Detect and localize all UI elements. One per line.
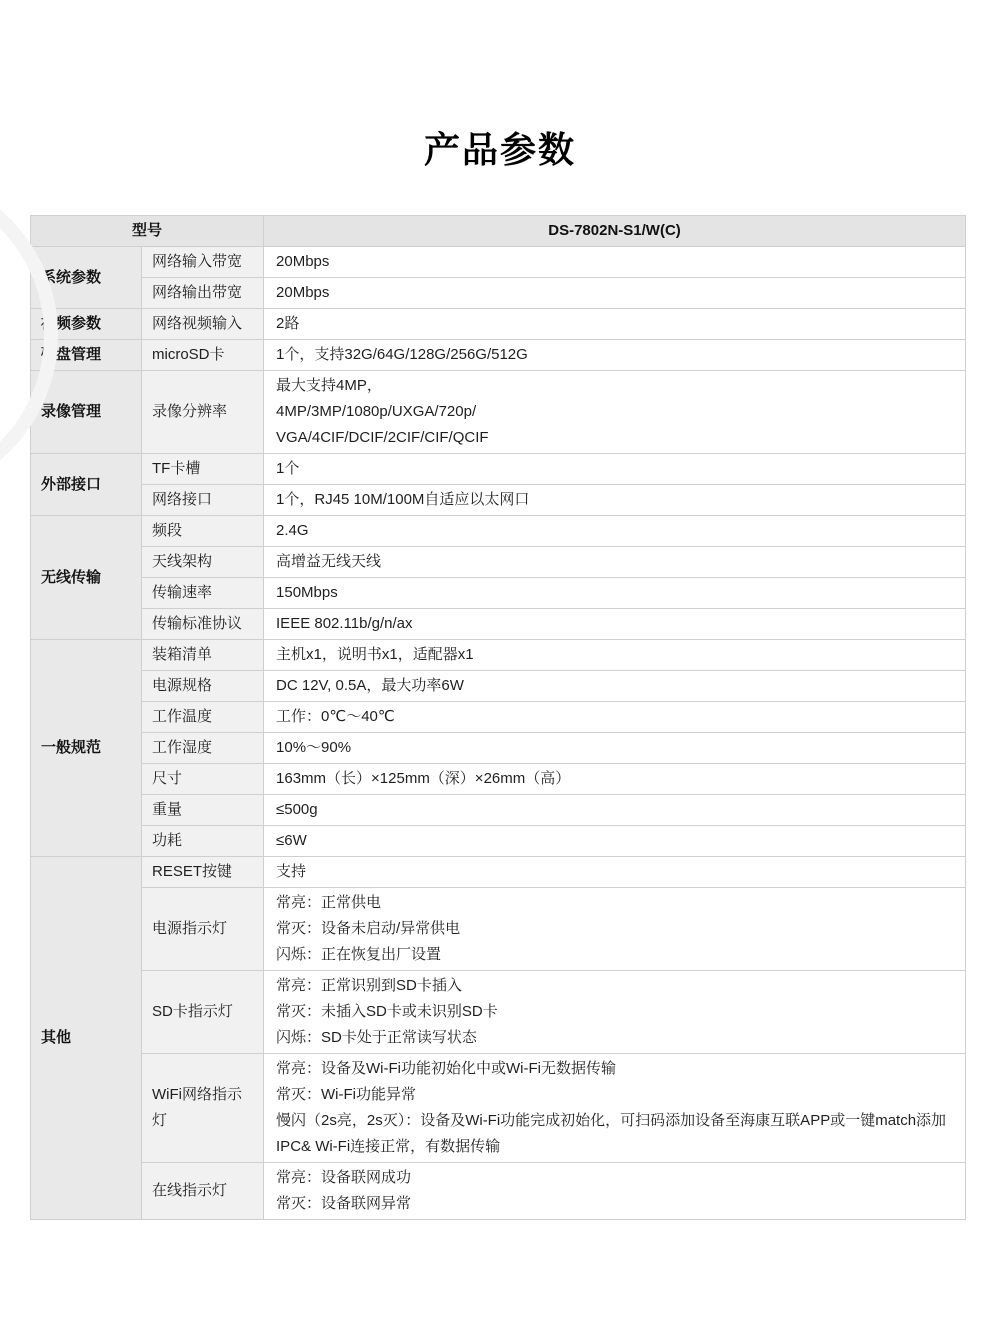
param-name-cell: 频段 bbox=[142, 516, 264, 547]
param-value-cell: 1个 bbox=[264, 454, 966, 485]
param-value-cell: 工作：0℃～40℃ bbox=[264, 702, 966, 733]
param-name-cell: 重量 bbox=[142, 795, 264, 826]
param-name-cell: 传输速率 bbox=[142, 578, 264, 609]
param-name-cell: 网络接口 bbox=[142, 485, 264, 516]
product-spec-table: 型号 DS-7802N-S1/W(C) 系统参数网络输入带宽20Mbps网络输出… bbox=[30, 215, 966, 1220]
param-name-cell: RESET按键 bbox=[142, 857, 264, 888]
table-row: 一般规范装箱清单主机x1，说明书x1，适配器x1 bbox=[31, 640, 966, 671]
param-value-cell: ≤6W bbox=[264, 826, 966, 857]
table-row: 重量≤500g bbox=[31, 795, 966, 826]
page-title: 产品参数 bbox=[0, 0, 1000, 170]
param-name-cell: 电源指示灯 bbox=[142, 888, 264, 971]
table-row: 硬盘管理microSD卡1个，支持32G/64G/128G/256G/512G bbox=[31, 340, 966, 371]
param-value-cell: 2路 bbox=[264, 309, 966, 340]
param-value-cell: 2.4G bbox=[264, 516, 966, 547]
category-cell: 外部接口 bbox=[31, 454, 142, 516]
table-row: 尺寸163mm（长）×125mm（深）×26mm（高） bbox=[31, 764, 966, 795]
table-row: 无线传输频段2.4G bbox=[31, 516, 966, 547]
param-name-cell: 功耗 bbox=[142, 826, 264, 857]
table-row: SD卡指示灯常亮：正常识别到SD卡插入 常灭：未插入SD卡或未识别SD卡 闪烁：… bbox=[31, 971, 966, 1054]
table-row: WiFi网络指示灯常亮：设备及Wi-Fi功能初始化中或Wi-Fi无数据传输 常灭… bbox=[31, 1054, 966, 1163]
param-value-cell: 支持 bbox=[264, 857, 966, 888]
param-value-cell: 常亮：设备及Wi-Fi功能初始化中或Wi-Fi无数据传输 常灭：Wi-Fi功能异… bbox=[264, 1054, 966, 1163]
table-row: 天线架构高增益无线天线 bbox=[31, 547, 966, 578]
param-value-cell: 1个，RJ45 10M/100M自适应以太网口 bbox=[264, 485, 966, 516]
param-name-cell: 网络输入带宽 bbox=[142, 247, 264, 278]
param-name-cell: 网络输出带宽 bbox=[142, 278, 264, 309]
param-name-cell: WiFi网络指示灯 bbox=[142, 1054, 264, 1163]
category-cell: 一般规范 bbox=[31, 640, 142, 857]
param-value-cell: 常亮：正常供电 常灭：设备未启动/异常供电 闪烁：正在恢复出厂设置 bbox=[264, 888, 966, 971]
param-value-cell: 最大支持4MP， 4MP/3MP/1080p/UXGA/720p/ VGA/4C… bbox=[264, 371, 966, 454]
param-name-cell: 装箱清单 bbox=[142, 640, 264, 671]
param-name-cell: 在线指示灯 bbox=[142, 1163, 264, 1220]
param-name-cell: microSD卡 bbox=[142, 340, 264, 371]
category-cell: 视频参数 bbox=[31, 309, 142, 340]
param-name-cell: 尺寸 bbox=[142, 764, 264, 795]
param-value-cell: IEEE 802.11b/g/n/ax bbox=[264, 609, 966, 640]
table-row: 视频参数网络视频输入2路 bbox=[31, 309, 966, 340]
table-header-row: 型号 DS-7802N-S1/W(C) bbox=[31, 216, 966, 247]
model-label-cell: 型号 bbox=[31, 216, 264, 247]
table-row: 工作湿度10%～90% bbox=[31, 733, 966, 764]
table-row: 传输速率150Mbps bbox=[31, 578, 966, 609]
table-row: 网络输出带宽20Mbps bbox=[31, 278, 966, 309]
table-row: 外部接口TF卡槽1个 bbox=[31, 454, 966, 485]
param-value-cell: 20Mbps bbox=[264, 278, 966, 309]
param-value-cell: 高增益无线天线 bbox=[264, 547, 966, 578]
param-name-cell: 工作温度 bbox=[142, 702, 264, 733]
table-row: 电源指示灯常亮：正常供电 常灭：设备未启动/异常供电 闪烁：正在恢复出厂设置 bbox=[31, 888, 966, 971]
category-cell: 无线传输 bbox=[31, 516, 142, 640]
table-row: 其他RESET按键支持 bbox=[31, 857, 966, 888]
param-name-cell: 天线架构 bbox=[142, 547, 264, 578]
param-name-cell: TF卡槽 bbox=[142, 454, 264, 485]
model-value-cell: DS-7802N-S1/W(C) bbox=[264, 216, 966, 247]
table-row: 工作温度工作：0℃～40℃ bbox=[31, 702, 966, 733]
param-name-cell: SD卡指示灯 bbox=[142, 971, 264, 1054]
param-value-cell: DC 12V, 0.5A，最大功率6W bbox=[264, 671, 966, 702]
param-name-cell: 传输标准协议 bbox=[142, 609, 264, 640]
category-cell: 硬盘管理 bbox=[31, 340, 142, 371]
table-row: 功耗≤6W bbox=[31, 826, 966, 857]
category-cell: 其他 bbox=[31, 857, 142, 1220]
param-value-cell: 常亮：设备联网成功 常灭：设备联网异常 bbox=[264, 1163, 966, 1220]
param-name-cell: 录像分辨率 bbox=[142, 371, 264, 454]
table-row: 系统参数网络输入带宽20Mbps bbox=[31, 247, 966, 278]
table-row: 录像管理录像分辨率最大支持4MP， 4MP/3MP/1080p/UXGA/720… bbox=[31, 371, 966, 454]
param-value-cell: 主机x1，说明书x1，适配器x1 bbox=[264, 640, 966, 671]
param-value-cell: ≤500g bbox=[264, 795, 966, 826]
param-value-cell: 常亮：正常识别到SD卡插入 常灭：未插入SD卡或未识别SD卡 闪烁：SD卡处于正… bbox=[264, 971, 966, 1054]
table-row: 传输标准协议IEEE 802.11b/g/n/ax bbox=[31, 609, 966, 640]
category-cell: 系统参数 bbox=[31, 247, 142, 309]
param-value-cell: 1个，支持32G/64G/128G/256G/512G bbox=[264, 340, 966, 371]
param-name-cell: 电源规格 bbox=[142, 671, 264, 702]
param-value-cell: 163mm（长）×125mm（深）×26mm（高） bbox=[264, 764, 966, 795]
param-value-cell: 150Mbps bbox=[264, 578, 966, 609]
param-value-cell: 20Mbps bbox=[264, 247, 966, 278]
param-name-cell: 网络视频输入 bbox=[142, 309, 264, 340]
category-cell: 录像管理 bbox=[31, 371, 142, 454]
param-value-cell: 10%～90% bbox=[264, 733, 966, 764]
spec-table-body: 系统参数网络输入带宽20Mbps网络输出带宽20Mbps视频参数网络视频输入2路… bbox=[31, 247, 966, 1220]
table-row: 电源规格DC 12V, 0.5A，最大功率6W bbox=[31, 671, 966, 702]
table-row: 在线指示灯常亮：设备联网成功 常灭：设备联网异常 bbox=[31, 1163, 966, 1220]
table-row: 网络接口1个，RJ45 10M/100M自适应以太网口 bbox=[31, 485, 966, 516]
param-name-cell: 工作湿度 bbox=[142, 733, 264, 764]
